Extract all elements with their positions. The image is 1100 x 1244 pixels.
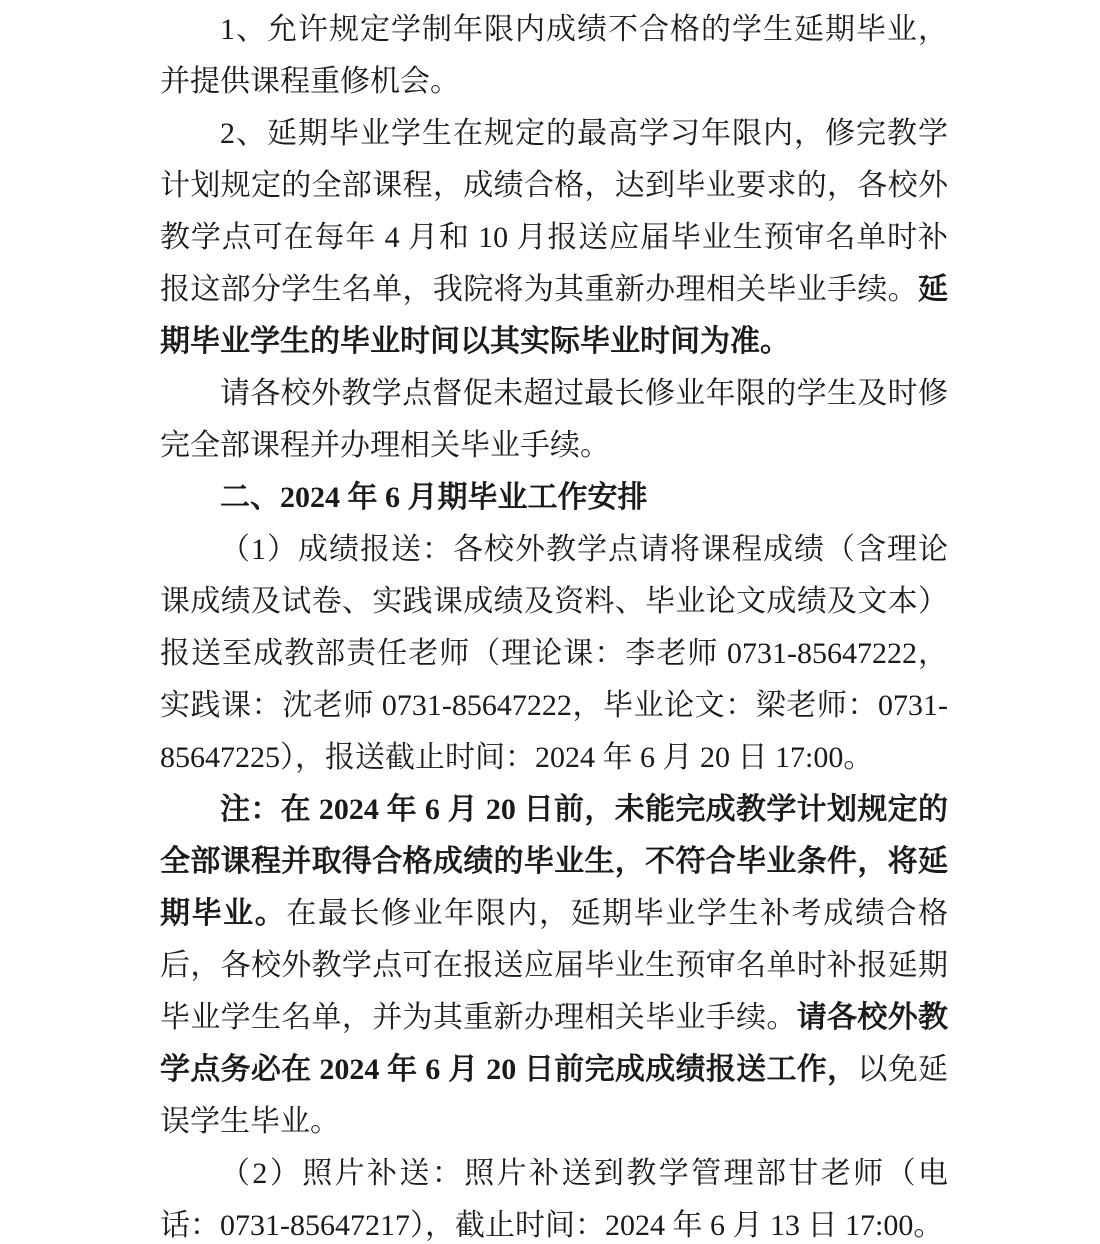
paragraph: 1、允许规定学制年限内成绩不合格的学生延期毕业，并提供课程重修机会。 [160,4,948,108]
text-run: 2、延期毕业学生在规定的最高学习年限内，修完教学计划规定的全部课程，成绩合格，达… [160,117,948,306]
text-run: 1、允许规定学制年限内成绩不合格的学生延期毕业，并提供课程重修机会。 [160,13,948,98]
paragraph: 二、2024 年 6 月期毕业工作安排 [160,472,948,524]
document-body: 1、允许规定学制年限内成绩不合格的学生延期毕业，并提供课程重修机会。2、延期毕业… [160,4,948,1244]
text-run: 请各校外教学点督促未超过最长修业年限的学生及时修完全部课程并办理相关毕业手续。 [160,377,948,462]
text-run: （2）照片补送：照片补送到教学管理部甘老师（电话：0731-85647217），… [160,1157,948,1242]
paragraph: 2、延期毕业学生在规定的最高学习年限内，修完教学计划规定的全部课程，成绩合格，达… [160,108,948,368]
text-run-bold: 二、2024 年 6 月期毕业工作安排 [220,481,648,514]
paragraph: （1）成绩报送：各校外教学点请将课程成绩（含理论课成绩及试卷、实践课成绩及资料、… [160,524,948,784]
document-page: 1、允许规定学制年限内成绩不合格的学生延期毕业，并提供课程重修机会。2、延期毕业… [0,0,1100,1244]
paragraph: （2）照片补送：照片补送到教学管理部甘老师（电话：0731-85647217），… [160,1148,948,1244]
text-run: （1）成绩报送：各校外教学点请将课程成绩（含理论课成绩及试卷、实践课成绩及资料、… [160,533,948,774]
paragraph: 注：在 2024 年 6 月 20 日前，未能完成教学计划规定的全部课程并取得合… [160,784,948,1148]
paragraph: 请各校外教学点督促未超过最长修业年限的学生及时修完全部课程并办理相关毕业手续。 [160,368,948,472]
